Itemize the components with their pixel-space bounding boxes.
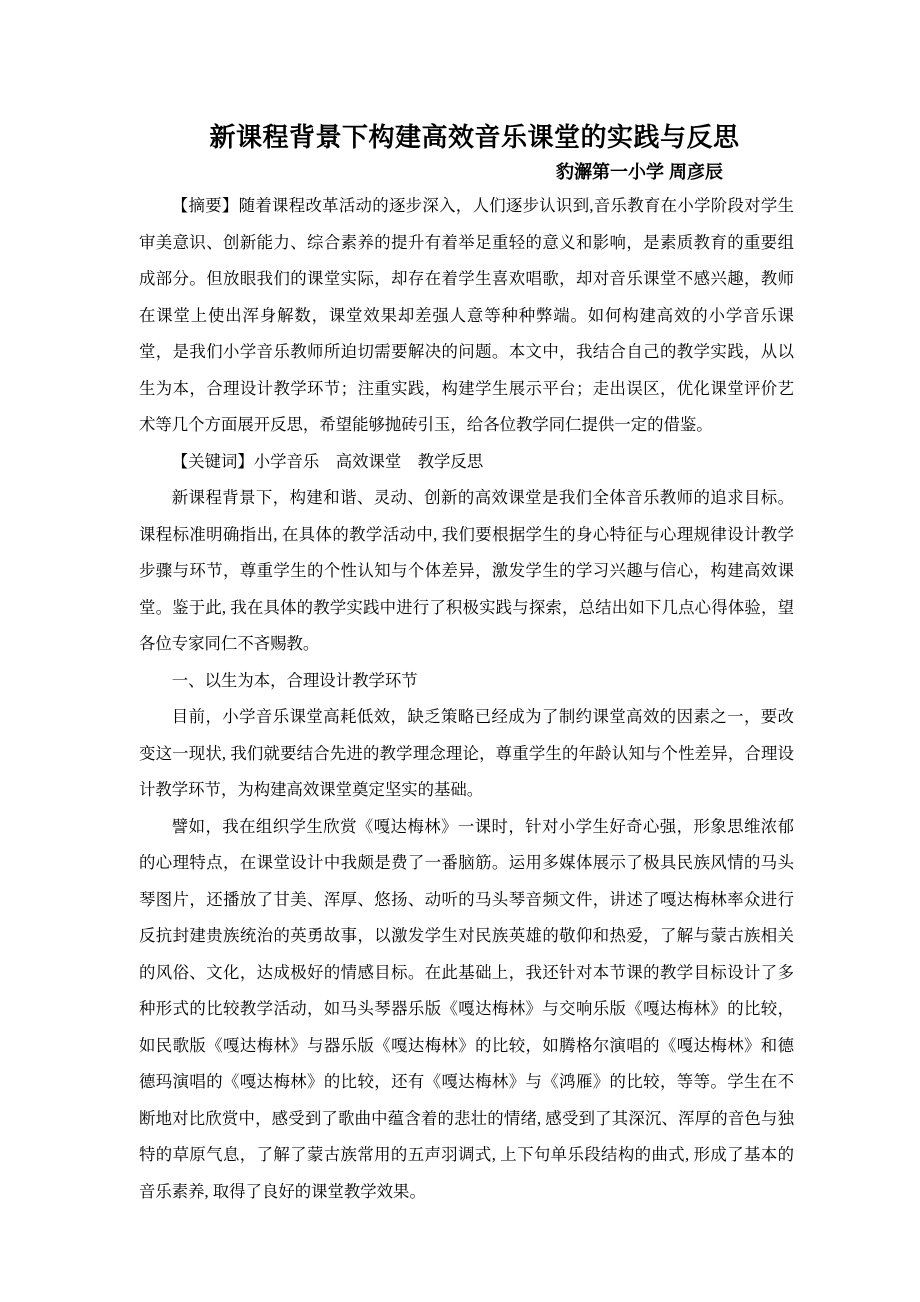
document-body: 【摘要】随着课程改革活动的逐步深入，人们逐步认识到,音乐教育在小学阶段对学生审美…: [139, 188, 794, 1210]
keywords-line: 【关键词】小学音乐 高效课堂 教学反思: [139, 444, 794, 481]
abstract-paragraph: 【摘要】随着课程改革活动的逐步深入，人们逐步认识到,音乐教育在小学阶段对学生审美…: [139, 188, 794, 444]
section-heading-1: 一、以生为本，合理设计教学环节: [139, 663, 794, 700]
section1-paragraph-2: 譬如，我在组织学生欣赏《嘎达梅林》一课时，针对小学生好奇心强，形象思维浓郁的心理…: [139, 809, 794, 1211]
document-page: 新课程背景下构建高效音乐课堂的实践与反思 豹澥第一小学 周彦辰 【摘要】随着课程…: [0, 0, 920, 1302]
author-byline: 豹澥第一小学 周彦辰: [139, 156, 794, 188]
document-title: 新课程背景下构建高效音乐课堂的实践与反思: [155, 118, 794, 156]
intro-paragraph: 新课程背景下，构建和谐、灵动、创新的高效课堂是我们全体音乐教师的追求目标。课程标…: [139, 480, 794, 663]
section1-paragraph-1: 目前，小学音乐课堂高耗低效，缺乏策略已经成为了制约课堂高效的因素之一，要改变这一…: [139, 699, 794, 809]
